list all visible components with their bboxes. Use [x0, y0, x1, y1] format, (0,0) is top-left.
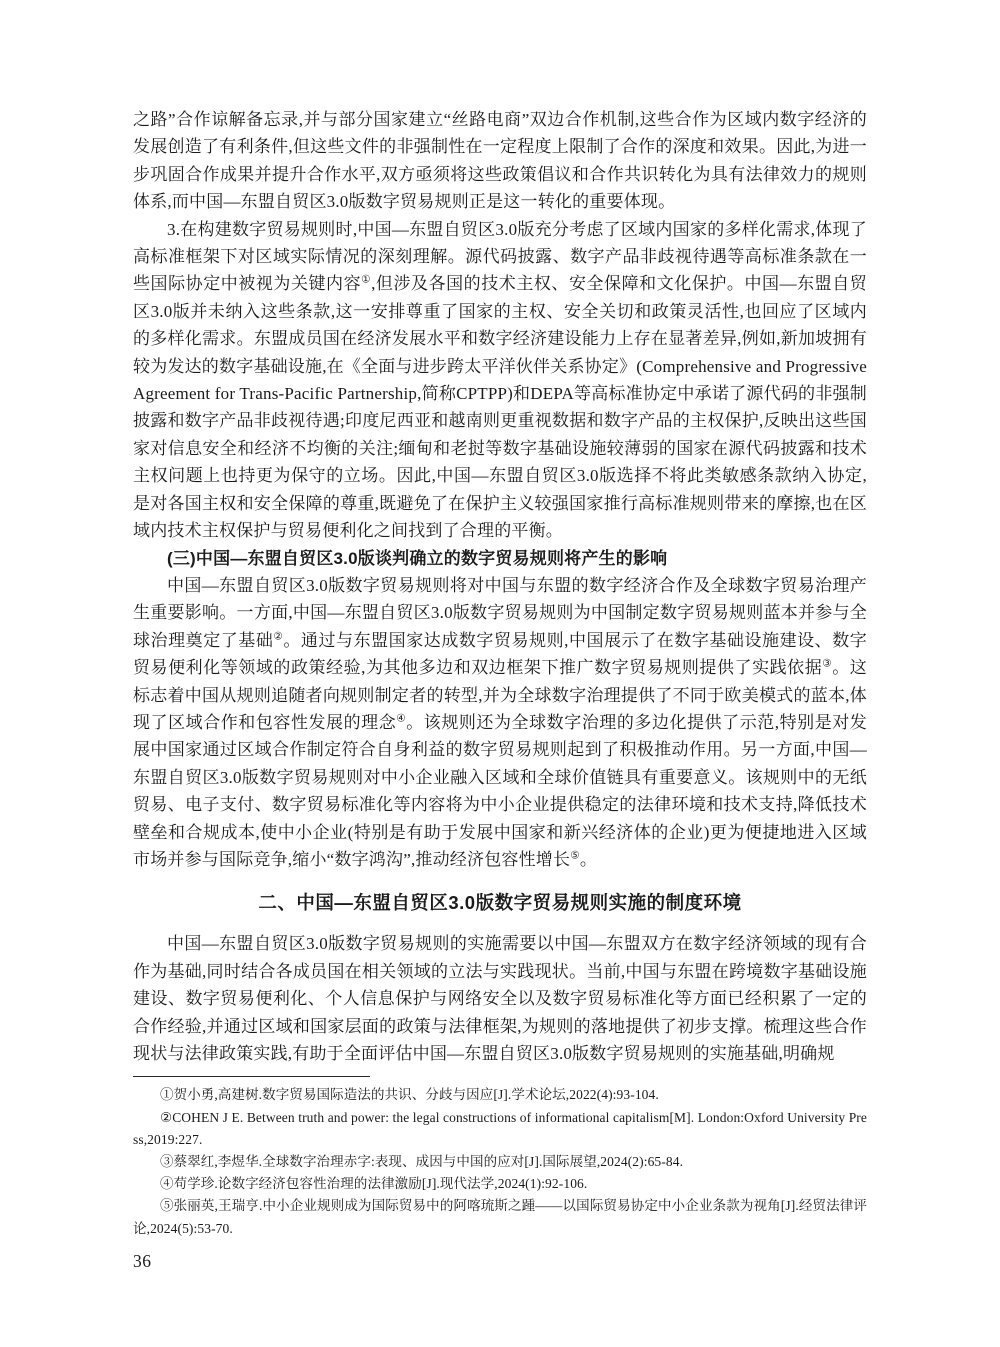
paragraph: 中国—东盟自贸区3.0版数字贸易规则的实施需要以中国—东盟双方在数字经济领域的现… — [133, 930, 867, 1067]
footnote: ②COHEN J E. Between truth and power: the… — [133, 1107, 867, 1151]
journal-page: 之路”合作谅解备忘录,并与部分国家建立“丝路电商”双边合作机制,这些合作为区域内… — [0, 0, 1000, 1347]
footnote-reference: ③ — [822, 658, 832, 669]
footnote-divider — [133, 1076, 370, 1077]
footnote: ①贺小勇,高建树.数字贸易国际造法的共识、分歧与因应[J].学术论坛,2022(… — [133, 1084, 867, 1106]
footnote-reference: ④ — [396, 713, 406, 724]
paragraph: 中国—东盟自贸区3.0版数字贸易规则将对中国与东盟的数字经济合作及全球数字贸易治… — [133, 572, 867, 873]
page-number: 36 — [133, 1251, 867, 1272]
footnote: ③蔡翠红,李煜华.全球数字治理赤字:表现、成因与中国的应对[J].国际展望,20… — [133, 1151, 867, 1173]
paragraph: 之路”合作谅解备忘录,并与部分国家建立“丝路电商”双边合作机制,这些合作为区域内… — [133, 106, 867, 216]
article-body: 之路”合作谅解备忘录,并与部分国家建立“丝路电商”双边合作机制,这些合作为区域内… — [133, 106, 867, 1067]
subsection-heading: (三)中国—东盟自贸区3.0版谈判确立的数字贸易规则将产生的影响 — [133, 545, 867, 572]
footnote-reference: ② — [273, 631, 283, 642]
footnote-list: ①贺小勇,高建树.数字贸易国际造法的共识、分歧与因应[J].学术论坛,2022(… — [133, 1084, 867, 1239]
footnote-reference: ① — [361, 275, 371, 286]
paragraph: 3.在构建数字贸易规则时,中国—东盟自贸区3.0版充分考虑了区域内国家的多样化需… — [133, 216, 867, 545]
footnote: ④苟学珍.论数字经济包容性治理的法律激励[J].现代法学,2024(1):92-… — [133, 1173, 867, 1195]
footnote-reference: ⑤ — [570, 850, 580, 861]
section-heading: 二、中国—东盟自贸区3.0版数字贸易规则实施的制度环境 — [133, 889, 867, 917]
footnote: ⑤张丽英,王瑞亨.中小企业规则成为国际贸易中的阿喀琉斯之踵——以国际贸易协定中小… — [133, 1195, 867, 1239]
